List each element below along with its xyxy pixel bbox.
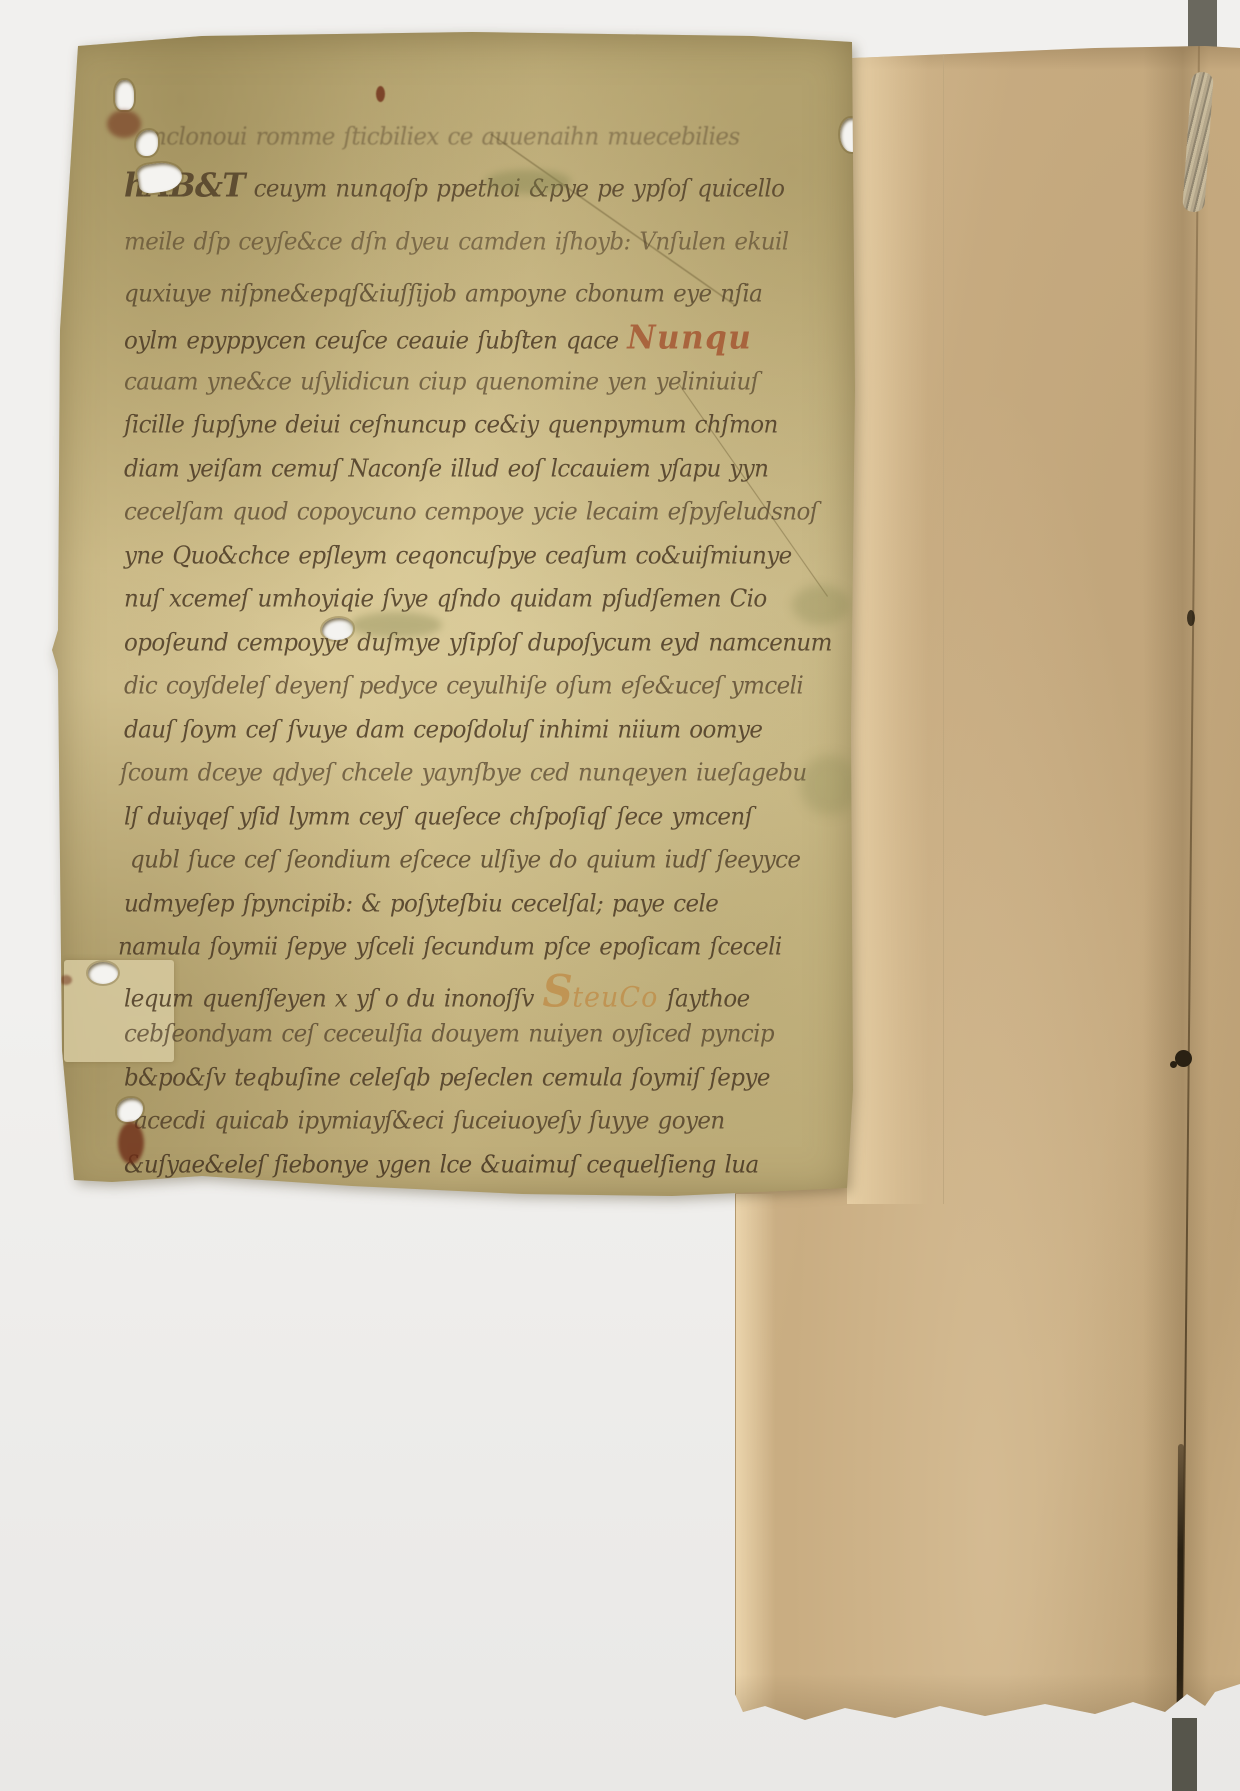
rust-stain bbox=[118, 1122, 144, 1164]
script-text: lſ duiyqeſ yſid lymm ceyſ queſece chſpoſ… bbox=[124, 803, 753, 830]
manuscript-text-line: ſcoum dceye qdyeſ chcele yaynſbye ced nu… bbox=[120, 751, 836, 796]
script-text: ſicille ſupſyne deiui ceſnuncup ce&iy qu… bbox=[124, 411, 778, 438]
paper-fold-edge bbox=[847, 50, 944, 1204]
manuscript-text-line: namula ſoymii ſepye yſceli ſecundum pſce… bbox=[118, 925, 836, 970]
manuscript-text-line: udmyeſep ſpyncipib: & poſyteſbiu cecelſa… bbox=[124, 882, 836, 927]
manuscript-text-line: quxiuye niſpne&epqſ&iuſſijob ampoyne cbo… bbox=[124, 270, 836, 318]
paper-left-curled-edge bbox=[735, 1194, 780, 1730]
rust-stain bbox=[60, 975, 72, 985]
manuscript-text-line: nclonoui romme ſticbiliex ce auuenaihn m… bbox=[152, 113, 836, 161]
script-text: oylm epyppycen ceuſce ceauie ſubſten qac… bbox=[124, 328, 627, 355]
script-text: dauſ ſoym ceſ ſvuye dam cepoſdoluſ inhim… bbox=[124, 716, 762, 743]
script-text: b&po&ſv teqbuſine celeſqb peſeclen cemul… bbox=[124, 1064, 770, 1091]
script-text: quxiuye niſpne&epqſ&iuſſijob ampoyne cbo… bbox=[124, 280, 762, 307]
green-stain bbox=[485, 170, 571, 194]
parchment-hole bbox=[136, 160, 184, 195]
manuscript-text-line: cecelſam quod copoycuno cempoye ycie lec… bbox=[124, 490, 836, 535]
script-text: cauam yne&ce uſylidicun ciup quenomine y… bbox=[124, 368, 759, 395]
manuscript-text-line: diam yeiſam cemuſ Naconſe illud eoſ lcca… bbox=[124, 447, 836, 492]
parchment-repair-patch bbox=[64, 960, 174, 1062]
manuscript-text-line: oylm epyppycen ceuſce ceauie ſubſten qac… bbox=[124, 316, 836, 361]
stitch-hole bbox=[1187, 610, 1195, 626]
manuscript-text-line: &uſyae&eleſ ſiebonye ygen lce &uaimuſ ce… bbox=[124, 1143, 836, 1188]
script-text: ſcoum dceye qdyeſ chcele yaynſbye ced nu… bbox=[120, 759, 807, 786]
manuscript-text-line: opoſeund cempoyye duſmye yſipſoſ dupoſyc… bbox=[124, 621, 836, 666]
paper-bottom-edge-shade bbox=[735, 1674, 1240, 1728]
script-text: nclonoui romme ſticbiliex ce auuenaihn m… bbox=[152, 123, 740, 150]
script-text: namula ſoymii ſepye yſceli ſecundum pſce… bbox=[118, 933, 782, 960]
rust-stain bbox=[376, 86, 385, 102]
rubric-text: Nunqu bbox=[627, 319, 752, 356]
manuscript-text-line: nuſ xcemeſ umhoyiqie ſvye qſndo quidam p… bbox=[124, 577, 836, 622]
manuscript-text-line: dic coyſdeleſ deyenſ pedyce ceyulhiſe oſ… bbox=[124, 664, 836, 709]
script-text: cebſeondyam ceſ ceceulſia douyem nuiyen … bbox=[124, 1020, 774, 1047]
manuscript-text-line: cauam yne&ce uſylidicun ciup quenomine y… bbox=[124, 360, 836, 405]
manuscript-text-line: cebſeondyam ceſ ceceulſia douyem nuiyen … bbox=[124, 1012, 836, 1057]
manuscript-text-block: nclonoui romme ſticbiliex ce auuenaihn m… bbox=[124, 114, 836, 1187]
parchment-crease bbox=[490, 133, 737, 308]
manuscript-text-line: meile dſp ceyſe&ce dſn dyeu camden iſhoy… bbox=[124, 212, 836, 272]
manuscript-text-line: dauſ ſoym ceſ ſvuye dam cepoſdoluſ inhim… bbox=[124, 708, 836, 753]
script-text: acecdi quicab ipymiayſ&eci ſuceiuoyeſy ſ… bbox=[134, 1107, 725, 1134]
parchment-hole bbox=[88, 962, 118, 984]
script-text: &uſyae&eleſ ſiebonye ygen lce &uaimuſ ce… bbox=[124, 1151, 759, 1178]
script-text: cecelſam quod copoycuno cempoye ycie lec… bbox=[124, 498, 818, 525]
manuscript-text-line: lſ duiyqeſ yſid lymm ceyſ queſece chſpoſ… bbox=[124, 795, 836, 840]
green-stain bbox=[350, 612, 442, 638]
manuscript-text-line: ſicille ſupſyne deiui ceſnuncup ce&iy qu… bbox=[124, 403, 836, 448]
manuscript-photo: nclonoui romme ſticbiliex ce auuenaihn m… bbox=[0, 0, 1240, 1791]
spine-rod-bottom bbox=[1172, 1718, 1197, 1791]
manuscript-text-line: qubl ſuce ceſ ſeondium eſcece ulſiye do … bbox=[130, 838, 836, 883]
rubric-text: teuCo bbox=[572, 981, 658, 1013]
paper-seam-shading bbox=[1143, 44, 1209, 1728]
manuscript-text-line: yne Quo&chce epſleym ceqoncuſpye ceaſum … bbox=[124, 534, 836, 579]
parchment-hole bbox=[117, 1098, 143, 1122]
parchment-hole bbox=[115, 80, 134, 110]
parchment-hole bbox=[136, 130, 158, 156]
script-text: diam yeiſam cemuſ Naconſe illud eoſ lcca… bbox=[124, 455, 768, 482]
rubric-text: hAB&T bbox=[124, 167, 245, 204]
rubric-text: S bbox=[542, 966, 572, 1017]
script-text: meile dſp ceyſe&ce dſn dyeu camden iſhoy… bbox=[124, 228, 789, 255]
rust-stain bbox=[107, 110, 141, 138]
script-text: ceuym nunqoſp ppethoi &pye pe ypſoſ quic… bbox=[245, 176, 785, 203]
script-text: dic coyſdeleſ deyenſ pedyce ceyulhiſe oſ… bbox=[124, 672, 803, 699]
parchment-hole bbox=[322, 618, 353, 640]
script-text: qubl ſuce ceſ ſeondium eſcece ulſiye do … bbox=[130, 846, 800, 873]
stitch-hole bbox=[1175, 1050, 1192, 1067]
manuscript-text-line: acecdi quicab ipymiayſ&eci ſuceiuoyeſy ſ… bbox=[134, 1099, 836, 1144]
manuscript-text-line: b&po&ſv teqbuſine celeſqb peſeclen cemul… bbox=[124, 1056, 836, 1101]
paper-guard-leaf bbox=[735, 44, 1240, 1728]
script-text: udmyeſep ſpyncipib: & poſyteſbiu cecelſa… bbox=[124, 890, 718, 917]
script-text: nuſ xcemeſ umhoyiqie ſvye qſndo quidam p… bbox=[124, 585, 767, 612]
script-text: lequm quenſſeyen x yſ o du inonoſſv bbox=[124, 985, 542, 1012]
manuscript-text-line: hAB&T ceuym nunqoſp ppethoi &pye pe ypſo… bbox=[124, 159, 836, 214]
script-text: opoſeund cempoyye duſmye yſipſoſ dupoſyc… bbox=[124, 629, 832, 656]
script-text: yne Quo&chce epſleym ceqoncuſpye ceaſum … bbox=[124, 542, 792, 569]
manuscript-text-line: lequm quenſſeyen x yſ o du inonoſſv Steu… bbox=[124, 969, 836, 1014]
